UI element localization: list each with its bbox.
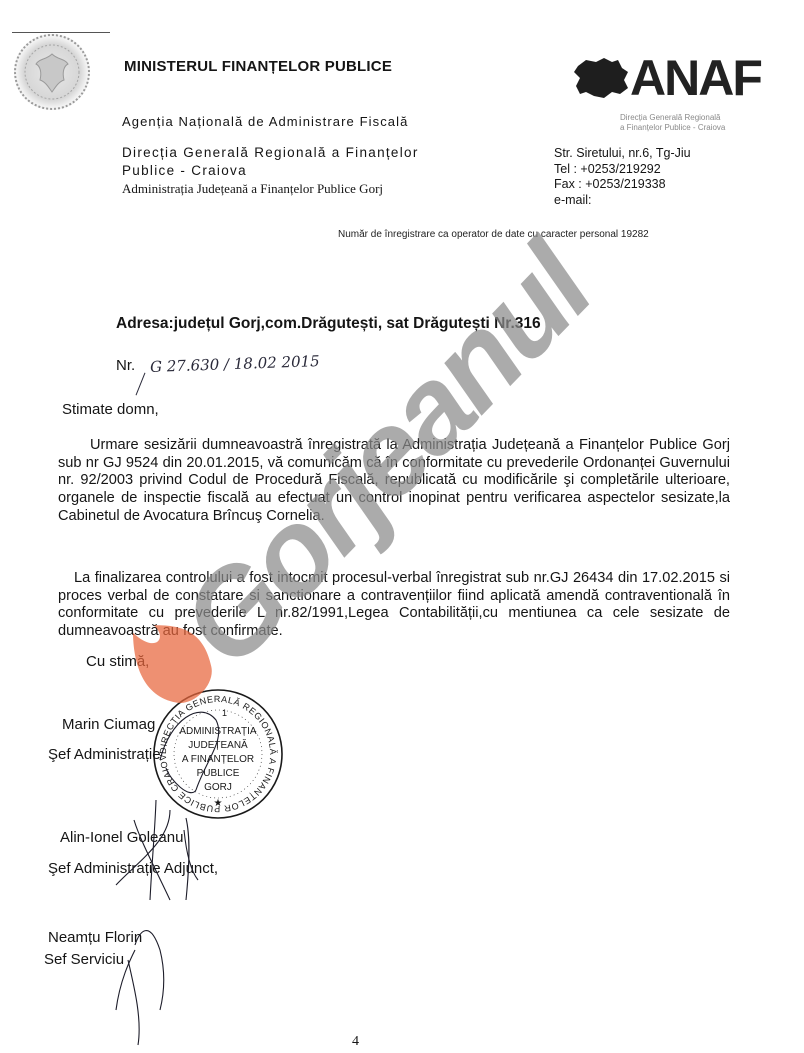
coat-of-arms-seal-icon	[14, 34, 90, 110]
contact-fax: Fax : +0253/219338	[554, 177, 691, 193]
registration-number-label: Nr.	[116, 357, 135, 374]
handwritten-stroke	[136, 373, 146, 396]
regional-direction-line1: Direcția Generală Regională a Finanțelor	[122, 144, 502, 162]
regional-direction-line2: Publice - Craiova	[122, 162, 502, 180]
signatory-3-name: Neamțu Florin	[48, 929, 142, 946]
agency-name: Agenția Națională de Administrare Fiscal…	[122, 114, 408, 129]
signatory-1-title: Şef Administrație	[48, 746, 161, 763]
page-number: 4	[352, 1034, 359, 1050]
greeting: Stimate domn,	[62, 401, 159, 418]
signatory-2-name: Alin-Ionel Goleanu	[60, 829, 183, 846]
svg-text:ADMINISTRAȚIA: ADMINISTRAȚIA	[179, 726, 257, 737]
contact-tel: Tel : +0253/219292	[554, 162, 691, 178]
closing: Cu stimă,	[86, 653, 149, 670]
anaf-logo-text: ANAF	[630, 50, 761, 106]
contact-address: Str. Siretului, nr.6, Tg-Jiu	[554, 146, 691, 162]
county-administration: Administrația Județeană a Finanțelor Pub…	[122, 181, 383, 197]
svg-text:GORJ: GORJ	[204, 782, 232, 793]
anaf-subtitle-line2: a Finanțelor Publice - Craiova	[620, 123, 770, 133]
data-operator-registration: Număr de înregistrare ca operator de dat…	[338, 229, 649, 240]
contact-block: Str. Siretului, nr.6, Tg-Jiu Tel : +0253…	[554, 146, 691, 208]
official-stamp-icon: DIRECȚIA GENERALĂ REGIONALĂ A FINANȚELOR…	[150, 686, 286, 822]
body-paragraph-2: La finalizarea controlului a fost intocm…	[58, 570, 730, 641]
anaf-logo: ANAF	[572, 50, 800, 110]
signatory-2-title: Şef Administrație Adjunct,	[48, 860, 218, 877]
svg-text:★: ★	[214, 798, 223, 809]
ministry-name: MINISTERUL FINANȚELOR PUBLICE	[124, 58, 392, 75]
recipient-address: Adresa:județul Gorj,com.Drăgutești, sat …	[116, 315, 541, 333]
svg-text:A FINANȚELOR: A FINANȚELOR	[182, 754, 254, 765]
svg-text:PUBLICE: PUBLICE	[197, 768, 240, 779]
anaf-subtitle-line1: Direcția Generală Regională	[620, 113, 770, 123]
contact-email: e-mail:	[554, 193, 691, 209]
signatory-3-title: Sef Serviciu	[44, 951, 124, 968]
anaf-logo-subtitle: Direcția Generală Regională a Finanțelor…	[620, 113, 770, 133]
romania-map-icon	[572, 56, 630, 100]
svg-text:JUDEȚEANĂ: JUDEȚEANĂ	[188, 738, 248, 751]
svg-text:1: 1	[222, 708, 227, 718]
signatory-1-name: Marin Ciumag	[62, 716, 155, 733]
registration-number-handwritten: G 27.630 / 18.02 2015	[150, 352, 320, 376]
body-paragraph-1: Urmare sesizării dumneavoastră înregistr…	[58, 437, 730, 526]
crest-top-rule	[12, 32, 110, 33]
regional-direction: Direcția Generală Regională a Finanțelor…	[122, 144, 502, 180]
